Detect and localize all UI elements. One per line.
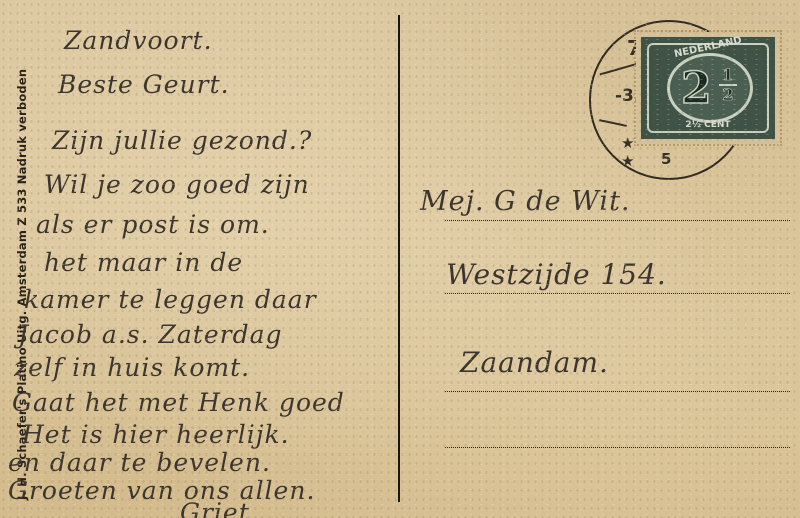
message-line: Wil je zoo goed zijn [44,172,310,197]
address-city: Zaandam. [460,346,609,379]
postmark-date: -3. [615,86,640,106]
message-line: als er post is om. [36,212,270,237]
vertical-divider [398,15,400,502]
message-line: Beste Geurt. [58,72,230,97]
message-line: kamer te leggen daar [24,287,317,312]
address-dotted-line [445,293,790,294]
signature: Griet. [180,500,259,518]
postmark-top-text: 7 [627,36,641,60]
stamp-denomination: 2½ CENT [671,120,745,130]
postmark-bar [599,119,627,127]
postmark-bar [599,63,638,76]
address-dotted-line [445,391,790,392]
stamp-fraction-numerator: 1 [722,65,733,84]
address-name: Mej. G de Wit. [420,186,631,217]
postmark-stars: ★ ★ [621,134,747,170]
postcard-back: J. H. Schaefer's Platino Uitg. Amsterdam… [0,0,800,518]
message-line: Zijn jullie gezond.? [52,128,312,153]
message-line: Gaat het met Henk goed [12,390,345,415]
postage-stamp: NEDERLAND 2 1 2 2½ CENT [641,37,775,139]
message-line: en daar te bevelen. [8,450,271,475]
message-line: zelf in huis komt. [14,355,250,380]
message-line: Het is hier heerlijk. [22,422,290,447]
stamp-fraction-denominator: 2 [722,85,733,104]
message-line: Zandvoort. [64,28,213,53]
message-line: het maar in de [44,250,243,275]
stamp-value: 2 [681,67,712,111]
address-dotted-line [445,447,790,448]
address-street: Westzijde 154. [446,258,667,291]
message-line: Jacob a.s. Zaterdag [18,322,282,347]
address-dotted-line [445,220,790,221]
message-line: Groeten van ons allen. [8,478,315,503]
stamp-fraction: 1 2 [719,67,737,103]
